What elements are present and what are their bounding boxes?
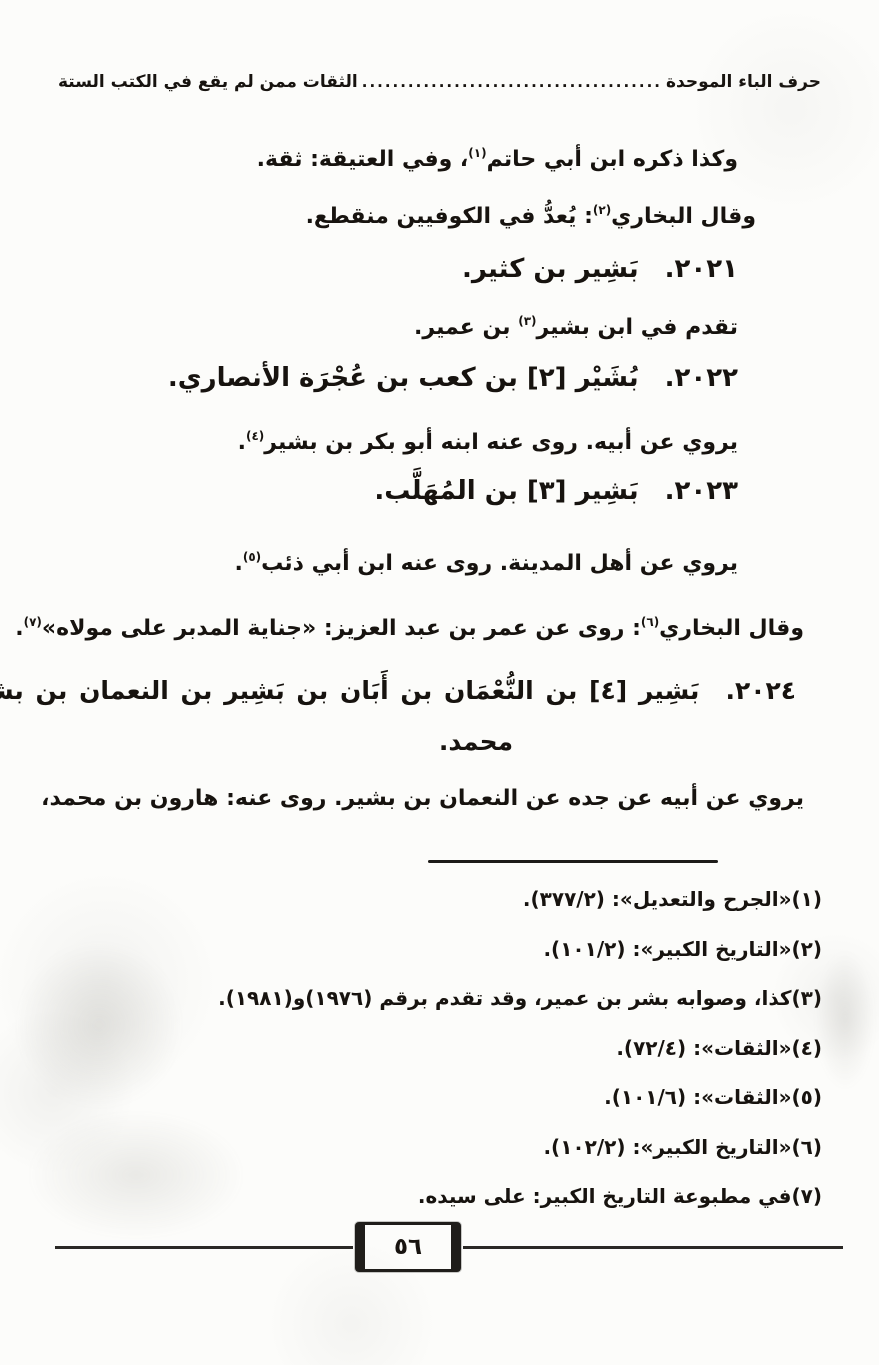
paragraph: يروي عن أهل المدينة. روى عنه ابن أبي ذئب… — [50, 540, 822, 581]
paragraph-text: يروي عن أبيه عن جده عن النعمان بن بشير. … — [41, 786, 804, 811]
footnote-marker: (٤) — [792, 1036, 823, 1060]
paragraph-text: : روى عن عمر بن عبد العزيز: «جناية المدب… — [42, 616, 641, 641]
entry-heading-2024: ٢٠٢٤.بَشِير [٤] بن النُّعْمَان بن أَبَان… — [50, 670, 822, 712]
paragraph-text: . — [234, 551, 242, 576]
entry-number: ٢٠٢١. — [665, 254, 738, 284]
footnote: (٦)«التاريخ الكبير»: (١٠٢/٢). — [40, 1123, 822, 1173]
entry-name-continuation: محمد. — [120, 722, 832, 762]
footnote: (٤)«الثقات»: (٧٢/٤). — [40, 1024, 822, 1074]
paragraph-text: وقال البخاري — [611, 204, 756, 229]
paragraph: وقال البخاري(٦): روى عن عمر بن عبد العزي… — [50, 605, 822, 646]
footnote-text: في مطبوعة التاريخ الكبير: على سيده. — [418, 1184, 792, 1208]
footnote-text: «التاريخ الكبير»: (١٠١/٢). — [543, 937, 791, 961]
page-number-box: ٥٦ — [355, 1222, 461, 1272]
footnote-ref-2: (٢) — [593, 203, 611, 217]
entry-number: ٢٠٢٢. — [665, 363, 738, 393]
page-number: ٥٦ — [394, 1236, 422, 1259]
entry-heading-2021: ٢٠٢١.بَشِير بن كثير. — [50, 248, 822, 290]
footnote-marker: (٧) — [792, 1184, 823, 1208]
entry-name: بَشِير [٣] بن المُهَلَّب. — [374, 476, 638, 506]
footnote-ref-6: (٦) — [641, 615, 659, 629]
footnote-ref-1: (١) — [468, 146, 486, 160]
entry-heading-2023: ٢٠٢٣.بَشِير [٣] بن المُهَلَّب. — [50, 470, 822, 512]
paragraph: يروي عن أبيه عن جده عن النعمان بن بشير. … — [50, 782, 822, 816]
footnote: (٢)«التاريخ الكبير»: (١٠١/٢). — [40, 925, 822, 975]
paragraph-text: : يُعدُّ في الكوفيين منقطع. — [306, 204, 593, 229]
scan-smudge — [815, 950, 875, 1090]
dot-leader: ........................................… — [362, 73, 662, 91]
footnote-text: «التاريخ الكبير»: (١٠٢/٢). — [543, 1135, 791, 1159]
footnote-ref-7: (٧) — [24, 615, 42, 629]
footer-rule-right — [463, 1246, 843, 1249]
paragraph-text: ، وفي العتيقة: ثقة. — [257, 147, 469, 172]
footnote-text: «الجرح والتعديل»: (٣٧٧/٢). — [523, 887, 792, 911]
page-footer: ٥٦ — [55, 1222, 843, 1272]
scanned-book-page: حرف الباء الموحدة ......................… — [0, 0, 879, 1365]
footnote: (١)«الجرح والتعديل»: (٣٧٧/٢). — [40, 875, 822, 925]
entry-name: بُشَيْر [٢] بن كعب بن عُجْرَة الأنصاري. — [168, 363, 639, 393]
entry-name: بَشِير بن كثير. — [462, 254, 639, 284]
footnote-text: كذا، وصوابه بشر بن عمير، وقد تقدم برقم (… — [218, 986, 791, 1010]
footnote-marker: (٥) — [792, 1085, 823, 1109]
footnote-ref-4: (٤) — [246, 429, 264, 443]
footnote-marker: (٣) — [792, 986, 823, 1010]
footnote-marker: (٢) — [792, 937, 823, 961]
footnote-ref-3: (٣) — [518, 314, 536, 328]
paragraph-text: تقدم في ابن بشير — [537, 315, 738, 340]
footnote-marker: (٦) — [792, 1135, 823, 1159]
paragraph-text: بن عمير. — [414, 315, 518, 340]
paragraph-text: . — [238, 430, 246, 455]
running-head: حرف الباء الموحدة ......................… — [58, 72, 821, 92]
entry-number: ٢٠٢٣. — [665, 476, 738, 506]
paragraph-text: وكذا ذكره ابن أبي حاتم — [487, 147, 738, 172]
footnote: (٥)«الثقات»: (١٠١/٦). — [40, 1073, 822, 1123]
paragraph-text: يروي عن أبيه. روى عنه ابنه أبو بكر بن بش… — [264, 430, 738, 455]
footnote: (٧)في مطبوعة التاريخ الكبير: على سيده. — [40, 1172, 822, 1222]
running-head-section-title: حرف الباء الموحدة — [666, 72, 821, 92]
footnote-ref-5: (٥) — [243, 550, 261, 564]
running-head-book-title: الثقات ممن لم يقع في الكتب الستة — [58, 72, 358, 92]
paragraph: وقال البخاري(٢): يُعدُّ في الكوفيين منقط… — [50, 193, 822, 234]
footnote-text: «الثقات»: (١٠١/٦). — [604, 1085, 791, 1109]
footnote-text: «الثقات»: (٧٢/٤). — [616, 1036, 791, 1060]
paragraph: يروي عن أبيه. روى عنه ابنه أبو بكر بن بش… — [50, 419, 822, 460]
entry-heading-2022: ٢٠٢٢.بُشَيْر [٢] بن كعب بن عُجْرَة الأنص… — [50, 357, 822, 399]
footer-rule-left — [55, 1246, 353, 1249]
page-body: وكذا ذكره ابن أبي حاتم(١)، وفي العتيقة: … — [50, 136, 822, 816]
paragraph: وكذا ذكره ابن أبي حاتم(١)، وفي العتيقة: … — [50, 136, 822, 177]
paragraph-text: وقال البخاري — [659, 616, 804, 641]
footnotes-section: (١)«الجرح والتعديل»: (٣٧٧/٢). (٢)«التاري… — [40, 860, 822, 1222]
footnote-marker: (١) — [792, 887, 823, 911]
paragraph-text: يروي عن أهل المدينة. روى عنه ابن أبي ذئب — [261, 551, 738, 576]
paragraph: تقدم في ابن بشير(٣) بن عمير. — [50, 304, 822, 345]
entry-name: بَشِير [٤] بن النُّعْمَان بن أَبَان بن ب… — [0, 676, 699, 705]
entry-number: ٢٠٢٤. — [725, 676, 796, 705]
footnote-divider — [428, 860, 718, 863]
footnote: (٣)كذا، وصوابه بشر بن عمير، وقد تقدم برق… — [40, 974, 822, 1024]
paragraph-text: . — [15, 616, 23, 641]
